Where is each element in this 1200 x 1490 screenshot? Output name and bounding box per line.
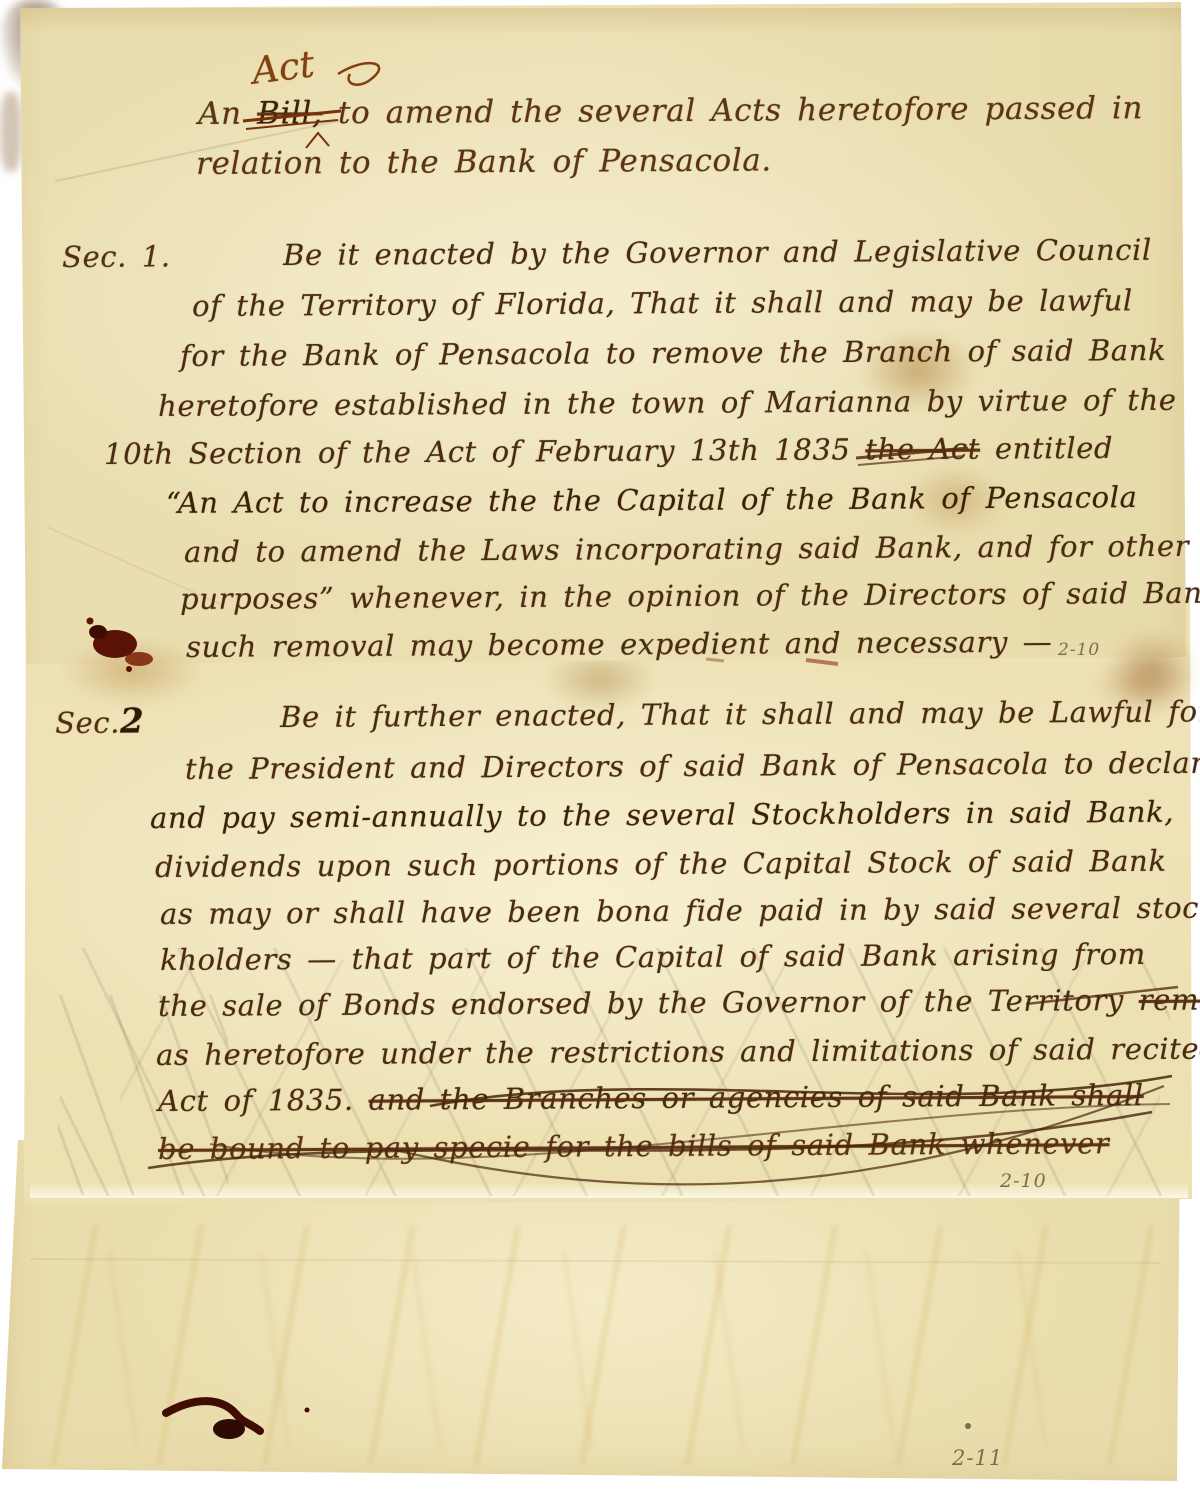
struck-segment: the Act <box>865 432 980 467</box>
manuscript-line: kholders — that part of the Capital of s… <box>160 937 1146 977</box>
manuscript-line: Be it further enacted, That it shall and… <box>280 694 1200 734</box>
manuscript-line: purposes” whenever, in the opinion of th… <box>180 576 1200 616</box>
section-2-label-word: Sec. <box>55 706 120 740</box>
struck-word-bill: Bill, <box>257 95 323 131</box>
manuscript-line: as heretofore under the restrictions and… <box>156 1032 1200 1072</box>
manuscript-line: “An Act to increase the the Capital of t… <box>166 480 1138 520</box>
pencil-page-note: 2-10 <box>1000 1170 1047 1192</box>
struck-manuscript-line: be bound to pay specie for the bills of … <box>158 1126 1109 1166</box>
section-1-label: Sec. 1. <box>62 239 171 274</box>
pencil-page-note: 2-10 <box>1058 640 1100 660</box>
ink-streak <box>0 92 22 172</box>
manuscript-line: 10th Section of the Act of February 13th… <box>104 431 1113 471</box>
title-word-an: An <box>198 96 257 132</box>
struck-segment: and the Branches or agencies of said Ban… <box>369 1078 1144 1117</box>
manuscript-line: and pay semi-annually to the several Sto… <box>150 795 1174 835</box>
manuscript-line: such removal may become expedient and ne… <box>186 625 1052 664</box>
manuscript-line: dividends upon such portions of the Capi… <box>155 844 1167 884</box>
manuscript-line: Be it enacted by the Governor and Legisl… <box>283 233 1152 272</box>
section-2-number: 2 <box>120 701 145 741</box>
manuscript-line: for the Bank of Pensacola to remove the … <box>180 333 1166 373</box>
stain-halo <box>62 638 202 704</box>
manuscript-line: as may or shall have been bona fide paid… <box>160 891 1200 931</box>
struck-segment: remaining <box>1139 982 1200 1017</box>
line-segment: entitled <box>980 431 1113 466</box>
manuscript-line: Act of 1835. and the Branches or agencie… <box>158 1078 1144 1118</box>
line-segment: the sale of Bonds endorsed by the Govern… <box>158 983 1139 1023</box>
manuscript-line: heretofore established in the town of Ma… <box>158 383 1177 423</box>
manuscript-line: of the Territory of Florida, That it sha… <box>192 283 1133 323</box>
manuscript-line: the sale of Bonds endorsed by the Govern… <box>158 982 1200 1023</box>
title-line-1: An Bill, to amend the several Acts heret… <box>198 90 1143 132</box>
pencil-page-note: 2-11 <box>952 1446 1003 1470</box>
title-line-2: relation to the Bank of Pensacola. <box>196 142 772 182</box>
inserted-word-act: Act <box>250 42 317 92</box>
title-line-1-rest: to amend the several Acts heretofore pas… <box>322 90 1143 131</box>
manuscript-line: the President and Directors of said Bank… <box>185 746 1200 786</box>
section-2-label: Sec.2 <box>55 701 144 742</box>
line-segment: 10th Section of the Act of February 13th… <box>104 432 865 471</box>
manuscript-line: and to amend the Laws incorporating said… <box>184 529 1189 569</box>
line-segment: Act of 1835. <box>158 1083 369 1118</box>
manuscript-scan: { "document": { "kind": "handwritten man… <box>0 0 1200 1490</box>
